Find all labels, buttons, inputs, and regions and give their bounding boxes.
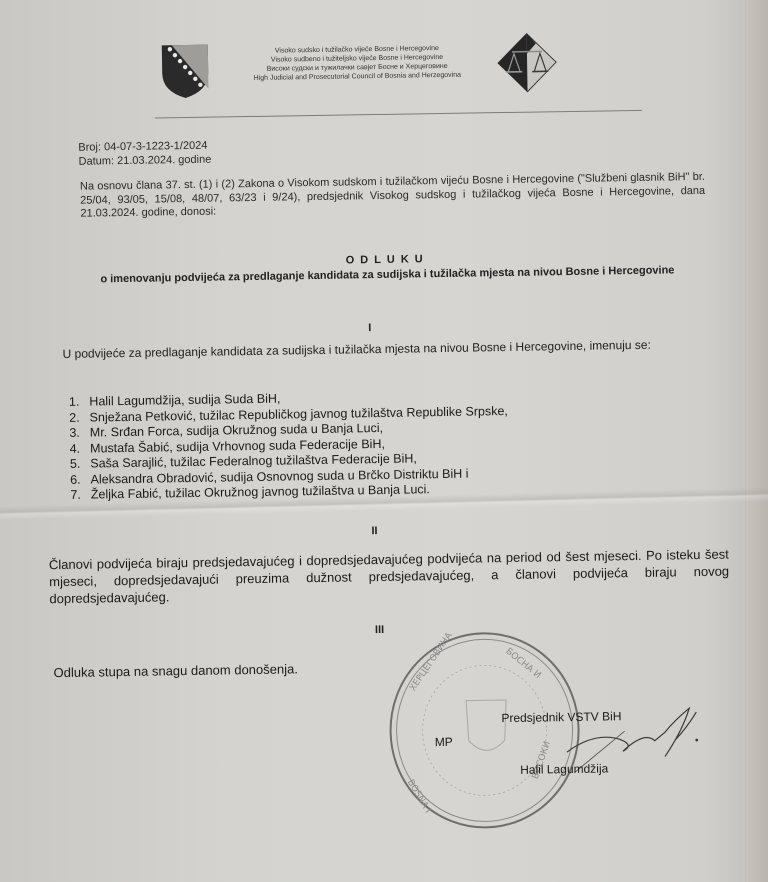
article-number: I xyxy=(368,322,371,334)
header-divider xyxy=(155,110,642,119)
article-three-text: Odluka stupa na snagu danom donošenja. xyxy=(53,661,298,680)
coat-of-arms-icon xyxy=(160,43,211,100)
article-two-text: Članovi podvijeća biraju predsjedavajuće… xyxy=(49,546,730,608)
svg-text:БОСНА И: БОСНА И xyxy=(503,647,542,681)
document-meta: Broj: 04-07-3-1223-1/2024 Datum: 21.03.2… xyxy=(78,139,211,169)
document-page: Visoko sudsko i tužilačko vijeće Bosne i… xyxy=(0,0,768,882)
signatory-name: Halil Lagumdžija xyxy=(520,761,608,776)
preamble: Na osnovu člana 37. st. (1) i (2) Zakona… xyxy=(80,171,706,221)
article-one-intro: U podvijeće za predlaganje kandidata za … xyxy=(62,337,712,361)
article-number: III xyxy=(375,624,384,636)
official-stamp-icon: ХЕРЦЕГОВИНА БОСНА И BOSNA I ВИСОКИ xyxy=(385,629,584,832)
member-list: 1.Halil Lagumdžija, sudija Suda BiH, 2.S… xyxy=(57,387,579,504)
svg-text:ХЕРЦЕГОВИНА: ХЕРЦЕГОВИНА xyxy=(408,630,455,693)
svg-text:BOSNA I: BOSNA I xyxy=(405,778,433,815)
scales-of-justice-icon xyxy=(496,31,559,94)
institution-names: Visoko sudsko i tužilačko vijeće Bosne i… xyxy=(232,43,483,83)
document-date: Datum: 21.03.2024. godine xyxy=(78,153,211,169)
decision-title: ODLUKU o imenovanju podvijeća za predlag… xyxy=(67,249,707,287)
stamp-label: MP xyxy=(435,735,453,749)
article-number: II xyxy=(371,525,377,537)
